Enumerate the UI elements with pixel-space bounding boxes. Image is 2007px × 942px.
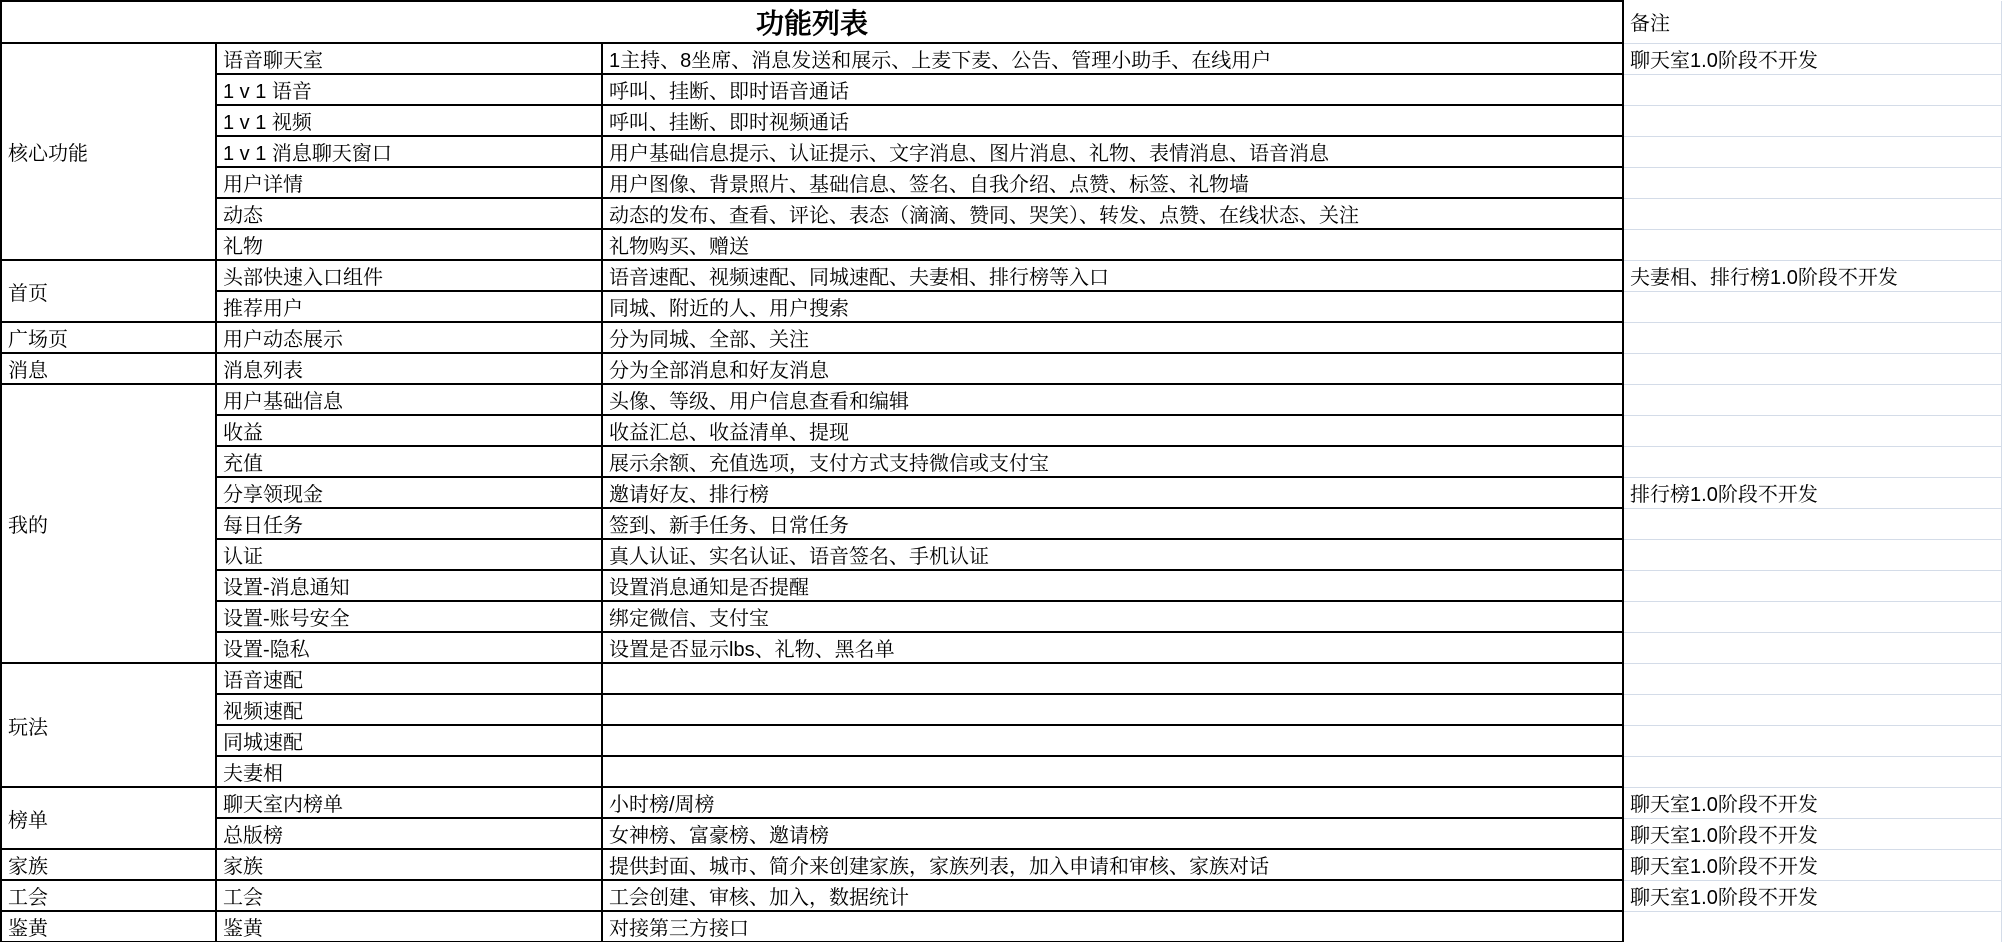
feature-cell[interactable]: 视频速配 [216, 694, 602, 725]
table-row: 设置-消息通知设置消息通知是否提醒 [1, 570, 2001, 601]
category-cell[interactable]: 工会 [1, 880, 216, 911]
description-cell[interactable]: 同城、附近的人、用户搜索 [602, 291, 1623, 322]
category-cell[interactable]: 榜单 [1, 787, 216, 849]
note-cell[interactable] [1623, 74, 2001, 105]
note-cell[interactable] [1623, 384, 2001, 415]
description-cell[interactable]: 女神榜、富豪榜、邀请榜 [602, 818, 1623, 849]
feature-cell[interactable]: 消息列表 [216, 353, 602, 384]
note-cell[interactable]: 聊天室1.0阶段不开发 [1623, 818, 2001, 849]
description-cell[interactable]: 动态的发布、查看、评论、表态（滴滴、赞同、哭笑）、转发、点赞、在线状态、关注 [602, 198, 1623, 229]
table-row: 同城速配 [1, 725, 2001, 756]
feature-cell[interactable]: 设置-消息通知 [216, 570, 602, 601]
feature-cell[interactable]: 1 v 1 语音 [216, 74, 602, 105]
note-cell[interactable] [1623, 136, 2001, 167]
table-row: 礼物礼物购买、赠送 [1, 229, 2001, 260]
description-cell[interactable]: 设置是否显示lbs、礼物、黑名单 [602, 632, 1623, 663]
feature-cell[interactable]: 头部快速入口组件 [216, 260, 602, 291]
category-cell[interactable]: 消息 [1, 353, 216, 384]
note-cell[interactable]: 聊天室1.0阶段不开发 [1623, 880, 2001, 911]
page-title[interactable]: 功能列表 [1, 1, 1623, 43]
table-row: 视频速配 [1, 694, 2001, 725]
description-cell[interactable]: 工会创建、审核、加入，数据统计 [602, 880, 1623, 911]
table-row: 动态动态的发布、查看、评论、表态（滴滴、赞同、哭笑）、转发、点赞、在线状态、关注 [1, 198, 2001, 229]
note-cell[interactable] [1623, 632, 2001, 663]
table-row: 我的用户基础信息头像、等级、用户信息查看和编辑 [1, 384, 2001, 415]
note-cell[interactable] [1623, 322, 2001, 353]
category-cell[interactable]: 家族 [1, 849, 216, 880]
feature-cell[interactable]: 总版榜 [216, 818, 602, 849]
feature-cell[interactable]: 用户动态展示 [216, 322, 602, 353]
table-row: 榜单聊天室内榜单小时榜/周榜聊天室1.0阶段不开发 [1, 787, 2001, 818]
feature-cell[interactable]: 充值 [216, 446, 602, 477]
feature-cell[interactable]: 动态 [216, 198, 602, 229]
description-cell[interactable] [602, 694, 1623, 725]
note-cell[interactable] [1623, 601, 2001, 632]
description-cell[interactable]: 真人认证、实名认证、语音签名、手机认证 [602, 539, 1623, 570]
table-row: 工会工会工会创建、审核、加入，数据统计聊天室1.0阶段不开发 [1, 880, 2001, 911]
note-cell[interactable]: 聊天室1.0阶段不开发 [1623, 43, 2001, 74]
description-cell[interactable]: 呼叫、挂断、即时视频通话 [602, 105, 1623, 136]
note-cell[interactable] [1623, 198, 2001, 229]
note-cell[interactable] [1623, 539, 2001, 570]
feature-cell[interactable]: 语音聊天室 [216, 43, 602, 74]
table-row: 总版榜女神榜、富豪榜、邀请榜聊天室1.0阶段不开发 [1, 818, 2001, 849]
category-cell[interactable]: 玩法 [1, 663, 216, 787]
table-row: 夫妻相 [1, 756, 2001, 787]
description-cell[interactable]: 对接第三方接口 [602, 911, 1623, 942]
description-cell[interactable] [602, 663, 1623, 694]
feature-cell[interactable]: 设置-隐私 [216, 632, 602, 663]
table-row: 鉴黄鉴黄对接第三方接口 [1, 911, 2001, 942]
table-row: 首页头部快速入口组件语音速配、视频速配、同城速配、夫妻相、排行榜等入口夫妻相、排… [1, 260, 2001, 291]
description-cell[interactable]: 语音速配、视频速配、同城速配、夫妻相、排行榜等入口 [602, 260, 1623, 291]
description-cell[interactable]: 提供封面、城市、简介来创建家族，家族列表，加入申请和审核、家族对话 [602, 849, 1623, 880]
note-cell[interactable] [1623, 167, 2001, 198]
feature-cell[interactable]: 聊天室内榜单 [216, 787, 602, 818]
description-cell[interactable]: 收益汇总、收益清单、提现 [602, 415, 1623, 446]
feature-list-table: 功能列表 备注 核心功能语音聊天室1主持、8坐席、消息发送和展示、上麦下麦、公告… [0, 0, 2002, 942]
description-cell[interactable]: 头像、等级、用户信息查看和编辑 [602, 384, 1623, 415]
table-row: 用户详情用户图像、背景照片、基础信息、签名、自我介绍、点赞、标签、礼物墙 [1, 167, 2001, 198]
table-row: 1 v 1 视频呼叫、挂断、即时视频通话 [1, 105, 2001, 136]
table-row: 家族家族提供封面、城市、简介来创建家族，家族列表，加入申请和审核、家族对话聊天室… [1, 849, 2001, 880]
description-cell[interactable]: 签到、新手任务、日常任务 [602, 508, 1623, 539]
feature-cell[interactable]: 设置-账号安全 [216, 601, 602, 632]
note-cell[interactable] [1623, 291, 2001, 322]
category-cell[interactable]: 核心功能 [1, 43, 216, 260]
description-cell[interactable] [602, 756, 1623, 787]
spreadsheet: 功能列表 备注 核心功能语音聊天室1主持、8坐席、消息发送和展示、上麦下麦、公告… [0, 0, 2007, 942]
note-cell[interactable] [1623, 756, 2001, 787]
feature-cell[interactable]: 鉴黄 [216, 911, 602, 942]
description-cell[interactable] [602, 725, 1623, 756]
table-row: 设置-账号安全绑定微信、支付宝 [1, 601, 2001, 632]
description-cell[interactable]: 呼叫、挂断、即时语音通话 [602, 74, 1623, 105]
description-cell[interactable]: 展示余额、充值选项，支付方式支持微信或支付宝 [602, 446, 1623, 477]
category-cell[interactable]: 鉴黄 [1, 911, 216, 942]
description-cell[interactable]: 设置消息通知是否提醒 [602, 570, 1623, 601]
table-row: 充值展示余额、充值选项，支付方式支持微信或支付宝 [1, 446, 2001, 477]
feature-cell[interactable]: 认证 [216, 539, 602, 570]
category-cell[interactable]: 广场页 [1, 322, 216, 353]
note-cell[interactable] [1623, 105, 2001, 136]
feature-cell[interactable]: 推荐用户 [216, 291, 602, 322]
feature-cell[interactable]: 1 v 1 视频 [216, 105, 602, 136]
feature-cell[interactable]: 1 v 1 消息聊天窗口 [216, 136, 602, 167]
table-row: 收益收益汇总、收益清单、提现 [1, 415, 2001, 446]
feature-cell[interactable]: 用户详情 [216, 167, 602, 198]
notes-column-header[interactable]: 备注 [1623, 1, 2001, 43]
note-cell[interactable] [1623, 694, 2001, 725]
table-row: 广场页用户动态展示分为同城、全部、关注 [1, 322, 2001, 353]
note-cell[interactable]: 排行榜1.0阶段不开发 [1623, 477, 2001, 508]
description-cell[interactable]: 礼物购买、赠送 [602, 229, 1623, 260]
feature-cell[interactable]: 礼物 [216, 229, 602, 260]
note-cell[interactable] [1623, 725, 2001, 756]
note-cell[interactable] [1623, 508, 2001, 539]
note-cell[interactable]: 聊天室1.0阶段不开发 [1623, 849, 2001, 880]
description-cell[interactable]: 小时榜/周榜 [602, 787, 1623, 818]
description-cell[interactable]: 用户图像、背景照片、基础信息、签名、自我介绍、点赞、标签、礼物墙 [602, 167, 1623, 198]
description-cell[interactable]: 分为全部消息和好友消息 [602, 353, 1623, 384]
note-cell[interactable] [1623, 911, 2001, 942]
note-cell[interactable] [1623, 415, 2001, 446]
description-cell[interactable]: 邀请好友、排行榜 [602, 477, 1623, 508]
table-row: 消息消息列表分为全部消息和好友消息 [1, 353, 2001, 384]
table-body: 核心功能语音聊天室1主持、8坐席、消息发送和展示、上麦下麦、公告、管理小助手、在… [1, 43, 2001, 942]
note-cell[interactable]: 聊天室1.0阶段不开发 [1623, 787, 2001, 818]
table-row: 推荐用户同城、附近的人、用户搜索 [1, 291, 2001, 322]
note-cell[interactable]: 夫妻相、排行榜1.0阶段不开发 [1623, 260, 2001, 291]
description-cell[interactable]: 用户基础信息提示、认证提示、文字消息、图片消息、礼物、表情消息、语音消息 [602, 136, 1623, 167]
feature-cell[interactable]: 夫妻相 [216, 756, 602, 787]
table-row: 分享领现金邀请好友、排行榜排行榜1.0阶段不开发 [1, 477, 2001, 508]
table-row: 设置-隐私设置是否显示lbs、礼物、黑名单 [1, 632, 2001, 663]
feature-cell[interactable]: 同城速配 [216, 725, 602, 756]
feature-cell[interactable]: 工会 [216, 880, 602, 911]
note-cell[interactable] [1623, 663, 2001, 694]
note-cell[interactable] [1623, 353, 2001, 384]
feature-cell[interactable]: 家族 [216, 849, 602, 880]
feature-cell[interactable]: 每日任务 [216, 508, 602, 539]
note-cell[interactable] [1623, 446, 2001, 477]
feature-cell[interactable]: 语音速配 [216, 663, 602, 694]
table-row: 核心功能语音聊天室1主持、8坐席、消息发送和展示、上麦下麦、公告、管理小助手、在… [1, 43, 2001, 74]
title-row: 功能列表 备注 [1, 1, 2001, 43]
feature-cell[interactable]: 收益 [216, 415, 602, 446]
description-cell[interactable]: 绑定微信、支付宝 [602, 601, 1623, 632]
feature-cell[interactable]: 用户基础信息 [216, 384, 602, 415]
description-cell[interactable]: 1主持、8坐席、消息发送和展示、上麦下麦、公告、管理小助手、在线用户 [602, 43, 1623, 74]
table-row: 每日任务签到、新手任务、日常任务 [1, 508, 2001, 539]
table-row: 认证真人认证、实名认证、语音签名、手机认证 [1, 539, 2001, 570]
category-cell[interactable]: 首页 [1, 260, 216, 322]
note-cell[interactable] [1623, 229, 2001, 260]
feature-cell[interactable]: 分享领现金 [216, 477, 602, 508]
description-cell[interactable]: 分为同城、全部、关注 [602, 322, 1623, 353]
category-cell[interactable]: 我的 [1, 384, 216, 663]
table-row: 玩法语音速配 [1, 663, 2001, 694]
note-cell[interactable] [1623, 570, 2001, 601]
table-row: 1 v 1 语音呼叫、挂断、即时语音通话 [1, 74, 2001, 105]
table-row: 1 v 1 消息聊天窗口用户基础信息提示、认证提示、文字消息、图片消息、礼物、表… [1, 136, 2001, 167]
